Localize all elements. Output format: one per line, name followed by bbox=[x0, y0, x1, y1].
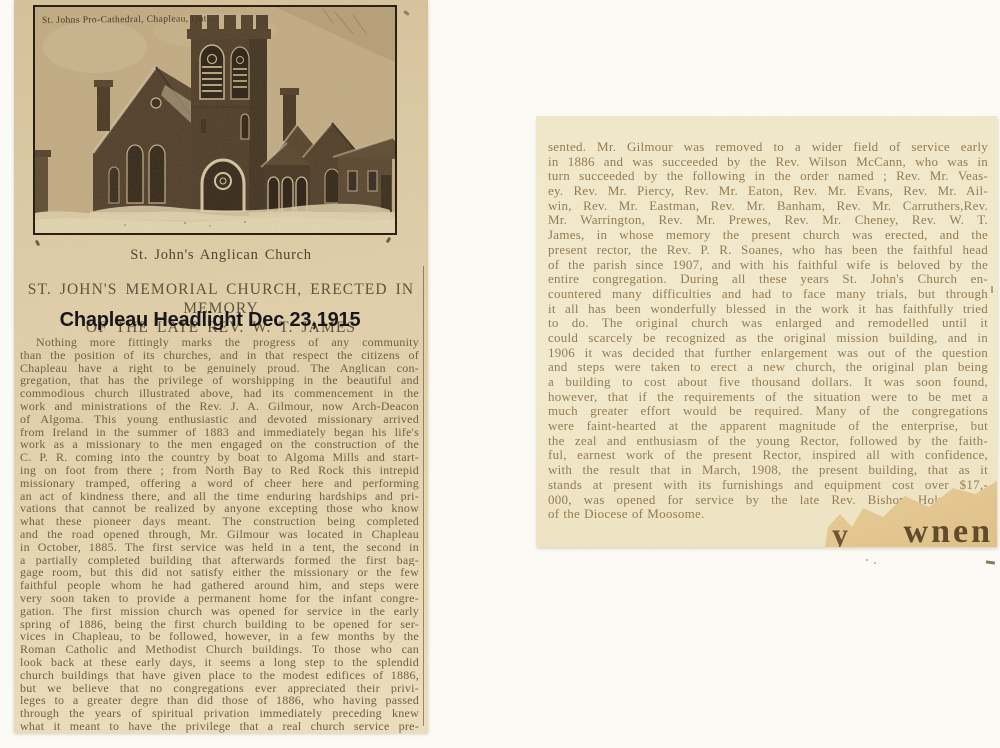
body-text-line: ful, earnest work of the present Rector,… bbox=[548, 448, 988, 463]
body-text-line: an act of kindness there, and all the ti… bbox=[20, 490, 419, 503]
body-text-line: 1906 it was decided that further enlarge… bbox=[548, 346, 988, 361]
crease-mark bbox=[403, 10, 410, 16]
body-text-line: a partially completed building that afte… bbox=[20, 554, 419, 567]
body-text-line: work as a missionary to the men engaged … bbox=[20, 438, 419, 451]
fragment-partial-letter: y bbox=[832, 516, 848, 553]
church-photo-illustration: St. Johns Pro-Cathedral, Chapleau, Ont. bbox=[35, 7, 395, 233]
body-text-line: through the years of spiritual privation… bbox=[20, 707, 419, 720]
body-text-line: could scarcely be recognized as the orig… bbox=[548, 331, 988, 346]
printers-mark bbox=[386, 237, 392, 244]
body-text-line: look back at these early days, it seems … bbox=[20, 656, 419, 669]
body-text-line: Mr. Warrington, Rev. Mr. Prewes, Rev. Mr… bbox=[548, 213, 988, 228]
body-text-line: James, in whose memory the present churc… bbox=[548, 228, 988, 243]
body-text-line: the zeal and enthusiasm of the young Rec… bbox=[548, 434, 988, 449]
body-text-line: gage room, but this did not satisfy eith… bbox=[20, 566, 419, 579]
body-text-line: of the parish since 1907, and with his f… bbox=[548, 258, 988, 273]
body-text-line: vices in Chapleau, to be followed, howev… bbox=[20, 630, 419, 643]
body-text-line: what it meant to have the privilege that… bbox=[20, 720, 419, 733]
body-text-line: present rector, the Rev. P. R. Soanes, w… bbox=[548, 243, 988, 258]
body-text-line: Nothing more fittingly marks the progres… bbox=[20, 336, 419, 349]
body-text-line: ey. Rev. Mr. Piercy, Rev. Mr. Eaton, Rev… bbox=[548, 184, 988, 199]
body-text-line: but we believe that no congregations eve… bbox=[20, 682, 419, 695]
body-text-line: a building to cost about five thousand d… bbox=[548, 375, 988, 390]
body-text-line: work and ministrations of the Rev. J. A.… bbox=[20, 400, 419, 413]
body-text-line: very soon taken to provide a permanent h… bbox=[20, 592, 419, 605]
printers-mark bbox=[35, 240, 40, 247]
body-text-line: what these pioneer days meant. The const… bbox=[20, 515, 419, 528]
body-text-line: with the result that in March, 1908, the… bbox=[548, 463, 988, 478]
body-text-line: church buildings that have given place t… bbox=[20, 669, 419, 682]
body-text-line: missionary tramped, offering a word of c… bbox=[20, 477, 419, 490]
church-photo: St. Johns Pro-Cathedral, Chapleau, Ont. bbox=[33, 5, 397, 235]
body-text-line: and steps were taken to erect a new chur… bbox=[548, 360, 988, 375]
body-text-line: leges to a greater degre than did those … bbox=[20, 694, 419, 707]
source-date-stamp: Chapleau Headlight Dec 23,1915 bbox=[3, 309, 417, 332]
body-text-line: countered many difficulties and had to f… bbox=[548, 287, 988, 302]
body-text-line: gregation, that has the privilege of wor… bbox=[20, 374, 419, 387]
body-text-line: in 1886 and was succeeded by the Rev. Wi… bbox=[548, 155, 988, 170]
body-text-line: gation. The first mission church was ope… bbox=[20, 605, 419, 618]
body-text-line: of Algoma. This young enthusiastic and d… bbox=[20, 413, 419, 426]
left-newspaper-clipping: St. Johns Pro-Cathedral, Chapleau, Ont. … bbox=[14, 0, 428, 733]
body-text-line: however, that if the requirements of the… bbox=[548, 390, 988, 405]
body-text-line: in October, 1885. The first service was … bbox=[20, 541, 419, 554]
scan-speck bbox=[986, 560, 995, 564]
scan-speck bbox=[874, 562, 876, 564]
body-text-line: stands at present with its furnishings a… bbox=[548, 478, 988, 493]
body-text-line: ing on foot from there ; from North Bay … bbox=[20, 464, 419, 477]
body-text-line: spring of 1886, being the first church b… bbox=[20, 618, 419, 631]
body-text-line: were faint-hearted at the apparent magni… bbox=[548, 419, 988, 434]
column-rule bbox=[423, 266, 424, 726]
body-text-line: entire congregation. During all these ye… bbox=[548, 272, 988, 287]
body-text-line: to do. The original church was enlarged … bbox=[548, 316, 988, 331]
body-text-line: from Ireland in the summer of 1883 and i… bbox=[20, 426, 419, 439]
body-text-line: than the position of its churches, and i… bbox=[20, 349, 419, 362]
right-newspaper-clipping: sented. Mr. Gilmour was removed to a wid… bbox=[536, 116, 997, 547]
scan-speck bbox=[866, 559, 868, 561]
body-text-line: win, Rev. Mr. Eastman, Rev. Mr. Banham, … bbox=[548, 199, 988, 214]
photo-caption: St. John's Anglican Church bbox=[14, 247, 428, 264]
right-article-column: sented. Mr. Gilmour was removed to a wid… bbox=[548, 140, 988, 522]
photo-label: St. Johns Pro-Cathedral, Chapleau, Ont. bbox=[42, 14, 210, 26]
scan-speck bbox=[991, 286, 993, 293]
scanned-newspaper-page: { "left_clipping": { "photo": { "label":… bbox=[0, 0, 1000, 748]
body-text-line: it all has been wonderfully blessed in t… bbox=[548, 302, 988, 317]
body-text-line: much greater effort would be required. M… bbox=[548, 404, 988, 419]
body-text-line: C. P. R. coming into the country by boat… bbox=[20, 451, 419, 464]
fragment-large-text: wnen bbox=[904, 513, 993, 551]
body-text-line: Roman Catholic and Methodist Church buil… bbox=[20, 643, 419, 656]
body-text-line: Chapleau have a right to be genuinely pr… bbox=[20, 362, 419, 375]
body-text-line: sented. Mr. Gilmour was removed to a wid… bbox=[548, 140, 988, 155]
body-text-line: faithful people whom he had gathered aro… bbox=[20, 579, 419, 592]
body-text-line: turn succeeded by the following in the o… bbox=[548, 169, 988, 184]
body-text-line: commodious church illustrated above, had… bbox=[20, 387, 419, 400]
left-article-column: Nothing more fittingly marks the progres… bbox=[20, 336, 419, 733]
body-text-line: and the road opened through, Mr. Gilmour… bbox=[20, 528, 419, 541]
body-text-line: vations that cannot be realized by anyon… bbox=[20, 502, 419, 515]
